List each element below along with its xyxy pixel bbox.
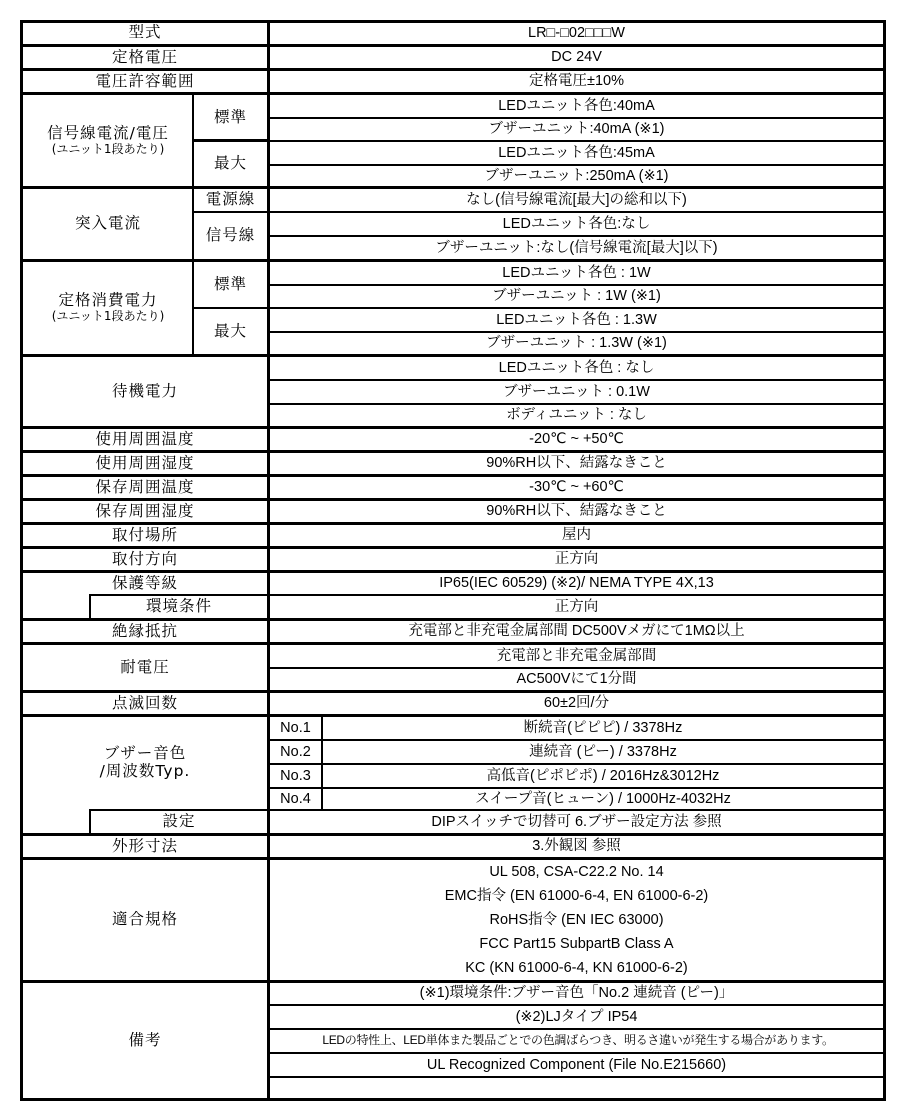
buzzer-tone-4-value: スイープ音(ヒューン) / 1000Hz-4032Hz xyxy=(323,789,883,809)
signal-current-standard-led: LEDユニット各色:40mA xyxy=(270,95,883,117)
signal-current-max-buzzer: ブザーユニット:250mA (※1) xyxy=(270,166,883,186)
standards-line-3: RoHS指令 (EN IEC 63000) xyxy=(270,908,883,932)
dimensions-value: 3.外観図 参照 xyxy=(270,836,883,857)
inrush-current-label: 突入電流 xyxy=(23,189,193,259)
rated-power-label: 定格消費電力 (ユニット1段あたり) xyxy=(23,262,193,354)
insulation-label: 絶縁抵抗 xyxy=(23,621,267,642)
model-label: 型式 xyxy=(23,22,267,44)
buzzer-setting-value: DIPスイッチで切替可 6.ブザー設定方法 参照 xyxy=(270,811,883,833)
rated-power-max-label: 最大 xyxy=(194,309,267,354)
voltage-tolerance-label: 電圧許容範囲 xyxy=(23,71,267,92)
protection-env-label: 環境条件 xyxy=(91,596,267,618)
standards-line-5: KC (KN 61000-6-4, KN 61000-6-2) xyxy=(270,956,883,980)
withstand-voltage-line2: AC500Vにて1分間 xyxy=(270,669,883,690)
mounting-direction-value: 正方向 xyxy=(270,549,883,570)
operating-temp-label: 使用周囲温度 xyxy=(23,429,267,450)
standards-line-2: EMC指令 (EN 61000-6-4, EN 61000-6-2) xyxy=(270,884,883,908)
signal-current-label: 信号線電流/電圧 (ユニット1段あたり) xyxy=(23,95,193,186)
signal-current-standard-label: 標準 xyxy=(194,95,267,140)
remarks-line-5 xyxy=(270,1078,883,1098)
rated-voltage-value: DC 24V xyxy=(270,47,883,68)
remarks-line-1: (※1)環境条件:ブザー音色「No.2 連続音 (ピー)」 xyxy=(270,983,883,1004)
mounting-direction-label: 取付方向 xyxy=(23,549,267,570)
standards-line-4: FCC Part15 SubpartB Class A xyxy=(270,932,883,956)
model-value: LR□-□02□□□W xyxy=(270,22,883,44)
withstand-voltage-line1: 充電部と非充電金属部間 xyxy=(270,645,883,667)
standby-led: LEDユニット各色 : なし xyxy=(270,357,883,379)
remarks-label: 備考 xyxy=(23,983,267,1099)
mounting-location-label: 取付場所 xyxy=(23,525,267,546)
signal-current-note: (ユニット1段あたり) xyxy=(52,143,165,157)
inrush-signal-buzzer: ブザーユニット:なし(信号線電流[最大]以下) xyxy=(270,237,883,259)
signal-current-standard-buzzer: ブザーユニット:40mA (※1) xyxy=(270,119,883,140)
insulation-value: 充電部と非充電金属部間 DC500Vメガにて1MΩ以上 xyxy=(270,621,883,642)
buzzer-label-line2: /周波数Typ. xyxy=(100,763,191,781)
protection-label: 保護等級 xyxy=(23,573,267,594)
inrush-signal-led: LEDユニット各色:なし xyxy=(270,213,883,235)
storage-humidity-value: 90%RH以下、結露なきこと xyxy=(270,501,883,522)
signal-current-max-label: 最大 xyxy=(194,142,267,186)
operating-humidity-label: 使用周囲湿度 xyxy=(23,453,267,474)
standby-power-label: 待機電力 xyxy=(23,357,267,426)
storage-temp-label: 保存周囲温度 xyxy=(23,477,267,498)
remarks-line-3: LEDの特性上、LED単体また製品ごとでの色調ばらつき、明るさ違いが発生する場合… xyxy=(270,1030,886,1052)
rated-power-max-buzzer: ブザーユニット : 1.3W (※1) xyxy=(270,333,883,354)
storage-humidity-label: 保存周囲湿度 xyxy=(23,501,267,522)
buzzer-tone-3-no: No.3 xyxy=(270,765,321,787)
remarks-line-2: (※2)LJタイプ IP54 xyxy=(270,1006,883,1028)
rated-power-standard-led: LEDユニット各色 : 1W xyxy=(270,262,883,284)
standby-buzzer: ブザーユニット : 0.1W xyxy=(270,381,883,403)
signal-current-max-led: LEDユニット各色:45mA xyxy=(270,142,883,164)
signal-current-title: 信号線電流/電圧 xyxy=(47,125,169,143)
rated-power-title: 定格消費電力 xyxy=(58,292,157,310)
dimensions-label: 外形寸法 xyxy=(23,836,267,857)
standby-body: ボディユニット : なし xyxy=(270,405,883,426)
standards-line-1: UL 508, CSA-C22.2 No. 14 xyxy=(270,860,883,884)
rated-power-note: (ユニット1段あたり) xyxy=(52,310,165,324)
withstand-voltage-label: 耐電圧 xyxy=(23,645,267,690)
operating-humidity-value: 90%RH以下、結露なきこと xyxy=(270,453,883,474)
buzzer-setting-label: 設定 xyxy=(91,811,267,833)
inrush-power-line-label: 電源線 xyxy=(194,189,267,211)
rated-voltage-label: 定格電圧 xyxy=(23,47,267,68)
mounting-location-value: 屋内 xyxy=(270,525,883,546)
buzzer-tone-2-no: No.2 xyxy=(270,741,321,763)
standards-label: 適合規格 xyxy=(23,860,267,980)
buzzer-tone-1-value: 断続音(ピピピ) / 3378Hz xyxy=(323,717,883,739)
buzzer-label-line1: ブザー音色 xyxy=(104,745,187,763)
protection-env-value: 正方向 xyxy=(270,596,883,618)
inrush-signal-line-label: 信号線 xyxy=(194,213,267,259)
buzzer-tone-4-no: No.4 xyxy=(270,789,321,809)
rated-power-max-led: LEDユニット各色 : 1.3W xyxy=(270,309,883,331)
buzzer-tone-3-value: 高低音(ピポピポ) / 2016Hz&3012Hz xyxy=(323,765,883,787)
buzzer-tone-1-no: No.1 xyxy=(270,717,321,739)
voltage-tolerance-value: 定格電圧±10% xyxy=(270,71,883,92)
rated-power-standard-label: 標準 xyxy=(194,262,267,307)
storage-temp-value: -30℃ ~ +60℃ xyxy=(270,477,883,498)
remarks-line-4: UL Recognized Component (File No.E215660… xyxy=(270,1054,883,1076)
buzzer-tone-2-value: 連続音 (ピー) / 3378Hz xyxy=(323,741,883,763)
flash-rate-label: 点滅回数 xyxy=(23,693,267,714)
rated-power-standard-buzzer: ブザーユニット : 1W (※1) xyxy=(270,286,883,307)
protection-value: IP65(IEC 60529) (※2)/ NEMA TYPE 4X,13 xyxy=(270,573,883,594)
flash-rate-value: 60±2回/分 xyxy=(270,693,883,714)
buzzer-label: ブザー音色 /周波数Typ. xyxy=(23,717,267,809)
operating-temp-value: -20℃ ~ +50℃ xyxy=(270,429,883,450)
inrush-power-line-value: なし(信号線電流[最大]の総和以下) xyxy=(270,189,883,211)
